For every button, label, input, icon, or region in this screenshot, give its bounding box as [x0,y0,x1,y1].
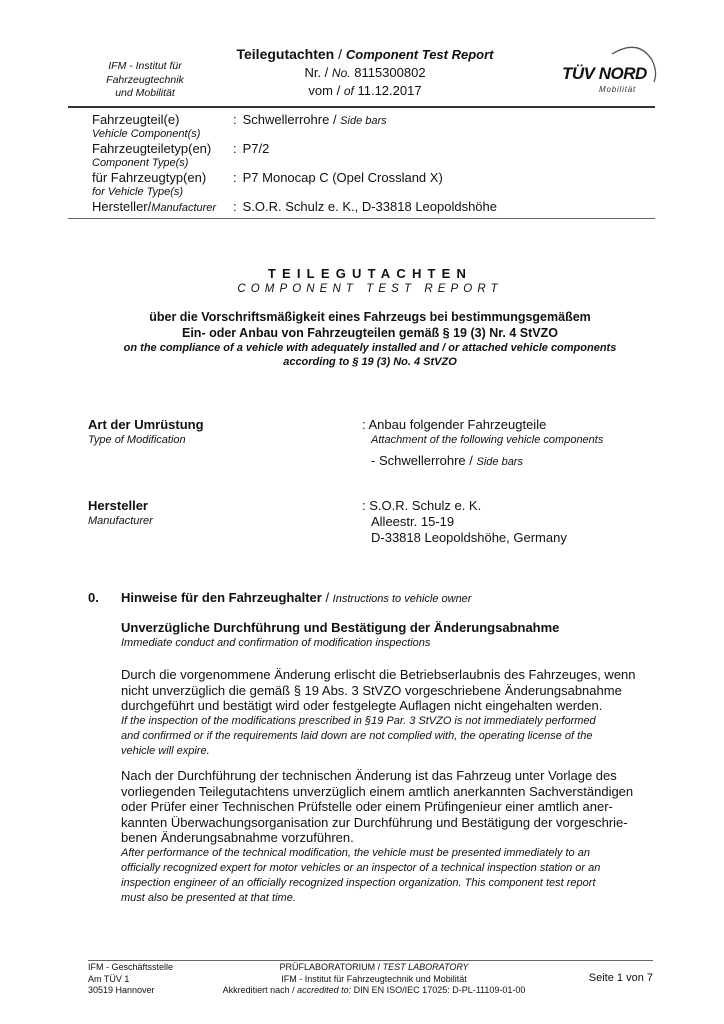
institute-line: IFM - Institut für [80,60,210,74]
modification-item: - Schwellerrohre / Side bars [362,453,662,470]
paragraph-2: Nach der Durchführung der technischen Än… [121,768,661,906]
tuv-nord-logo: TÜV NORD Mobilität [560,40,660,102]
paragraph-de: Durch die vorgenommene Änderung erlischt… [121,667,661,714]
institute-line: Fahrzeugtechnik [80,74,210,88]
paragraph-en: If the inspection of the modifications p… [121,714,661,760]
report-subject-en: on the compliance of a vehicle with adeq… [80,341,660,369]
section-heading: 0.Hinweise für den Fahrzeughalter / Inst… [88,590,648,607]
report-number: Nr. / No. 8115300802 [200,64,530,82]
info-row-component: Fahrzeugteil(e) Vehicle Component(s) :Sc… [92,112,652,141]
report-date: vom / of 11.12.2017 [200,82,530,100]
manufacturer-label: Hersteller Manufacturer [88,498,348,528]
logo-subtitle: Mobilität [599,85,636,94]
subsection-heading: Unverzügliche Durchführung und Bestätigu… [121,620,661,650]
footer-divider [88,960,653,961]
report-heading-en: COMPONENT TEST REPORT [80,282,660,296]
paragraph-1: Durch die vorgenommene Änderung erlischt… [121,667,661,759]
footer-lab-info: PRÜFLABORATORIUM / TEST LABORATORY IFM -… [188,962,560,997]
report-title-block: TEILEGUTACHTEN COMPONENT TEST REPORT übe… [80,266,660,369]
info-divider [68,218,655,219]
institute-name: IFM - Institut für Fahrzeugtechnik und M… [80,60,210,101]
manufacturer-address: : S.O.R. Schulz e. K. Alleestr. 15-19 D-… [362,498,662,546]
modification-label: Art der Umrüstung Type of Modification [88,417,348,447]
paragraph-de: Nach der Durchführung der technischen Än… [121,768,661,846]
header-divider [68,106,655,108]
logo-wordmark: TÜV NORD [562,64,647,84]
info-row-manufacturer: Hersteller/Manufacturer :S.O.R. Schulz e… [92,199,652,217]
info-row-component-type: Fahrzeugteiletyp(en) Component Type(s) :… [92,141,652,170]
modification-value: : Anbau folgender Fahrzeugteile Attachme… [362,417,662,470]
info-row-vehicle-type: für Fahrzeugtyp(en) for Vehicle Type(s) … [92,170,652,199]
info-table: Fahrzeugteil(e) Vehicle Component(s) :Sc… [92,112,652,217]
document-header: Teilegutachten / Component Test Report N… [200,45,530,100]
document-title: Teilegutachten / Component Test Report [200,45,530,64]
report-heading-de: TEILEGUTACHTEN [80,266,660,282]
page-number: Seite 1 von 7 [589,973,653,985]
report-subject-de: über die Vorschriftsmäßigkeit eines Fahr… [80,309,660,341]
institute-line: und Mobilität [80,87,210,101]
paragraph-en: After performance of the technical modif… [121,846,661,907]
